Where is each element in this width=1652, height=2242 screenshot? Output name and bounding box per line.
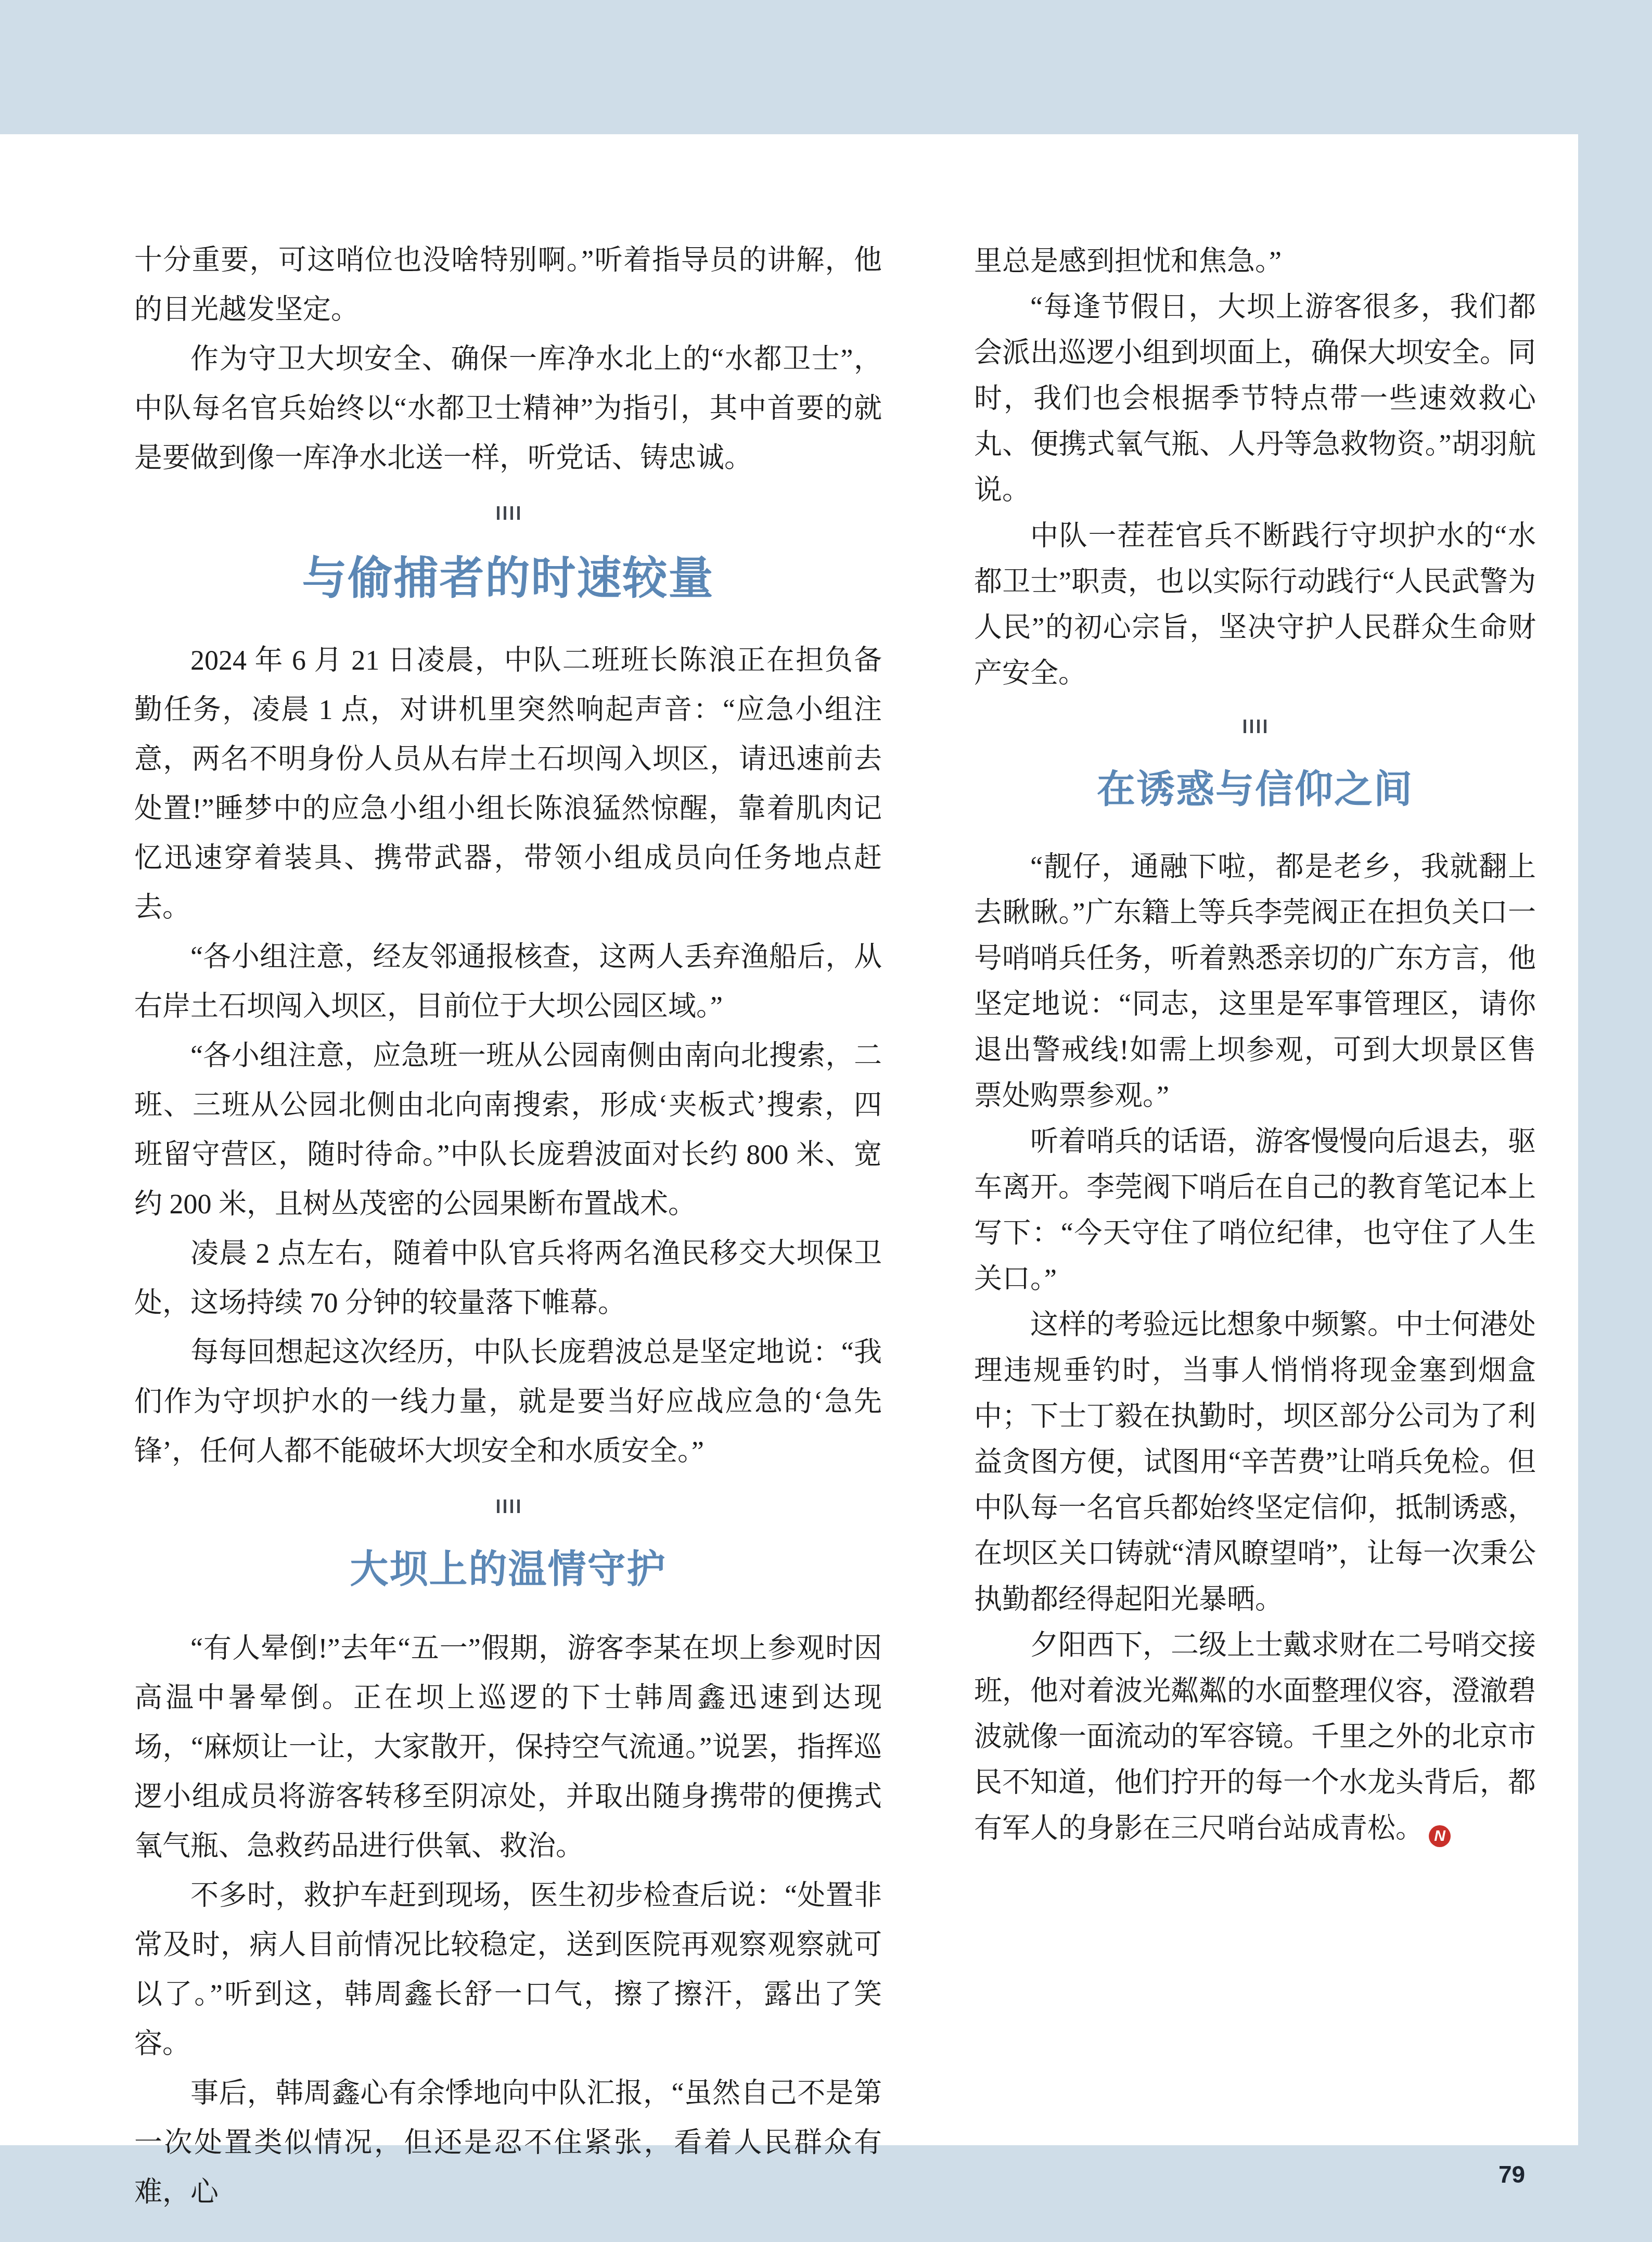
page-number: 79 xyxy=(1499,2160,1525,2188)
text-column-left: 十分重要，可这哨位也没啥特别啊。”听着指导员的讲解，他的目光越发坚定。作为守卫大… xyxy=(134,134,882,2217)
body-paragraph: 里总是感到担忧和焦急。” xyxy=(974,238,1536,284)
body-paragraph: 作为守卫大坝安全、确保一库净水北上的“水都卫士”，中队每名官兵始终以“水都卫士精… xyxy=(134,335,882,483)
section-heading-block: 在诱惑与信仰之间 xyxy=(974,720,1536,815)
body-paragraph: “有人晕倒!”去年“五一”假期，游客李某在坝上参观时因高温中暑晕倒。正在坝上巡逻… xyxy=(134,1624,882,1871)
body-paragraph: 每每回想起这次经历，中队长庞碧波总是坚定地说：“我们作为守坝护水的一线力量，就是… xyxy=(134,1328,882,1476)
body-paragraph: 这样的考验远比想象中频繁。中士何港处理违规垂钓时，当事人悄悄将现金塞到烟盒中；下… xyxy=(974,1302,1536,1622)
body-paragraph: 中队一茬茬官兵不断践行守坝护水的“水都卫士”职责，也以实际行动践行“人民武警为人… xyxy=(974,513,1536,696)
divider-bar xyxy=(517,1500,520,1513)
section-divider-icon xyxy=(134,1500,882,1513)
divider-bar xyxy=(517,506,520,520)
section-heading-block: 大坝上的温情守护 xyxy=(134,1500,882,1595)
body-paragraph: 事后，韩周鑫心有余悸地向中队汇报，“虽然自己不是第一次处置类似情况，但还是忍不住… xyxy=(134,2069,882,2217)
divider-bar xyxy=(1257,720,1260,733)
divider-bar xyxy=(1244,720,1246,733)
body-paragraph: 十分重要，可这哨位也没啥特别啊。”听着指导员的讲解，他的目光越发坚定。 xyxy=(134,236,882,335)
section-heading: 在诱惑与信仰之间 xyxy=(974,763,1536,815)
divider-bar xyxy=(510,506,513,520)
body-paragraph: 夕阳西下，二级上士戴求财在二号哨交接班，他对着波光粼粼的水面整理仪容，澄澈碧波就… xyxy=(974,1622,1536,1851)
body-paragraph: “各小组注意，经友邻通报核查，这两人丢弃渔船后，从右岸土石坝闯入坝区，目前位于大… xyxy=(134,932,882,1031)
magazine-page: 十分重要，可这哨位也没啥特别啊。”听着指导员的讲解，他的目光越发坚定。作为守卫大… xyxy=(0,0,1652,2242)
body-paragraph: 听着哨兵的话语，游客慢慢向后退去，驱车离开。李莞阀下哨后在自己的教育笔记本上写下… xyxy=(974,1119,1536,1302)
section-heading: 大坝上的温情守护 xyxy=(134,1543,882,1595)
body-paragraph: 凌晨 2 点左右，随着中队官兵将两名渔民移交大坝保卫处，这场持续 70 分钟的较… xyxy=(134,1229,882,1328)
divider-bar xyxy=(504,1500,506,1513)
top-margin-band xyxy=(0,0,1652,134)
divider-bar xyxy=(497,1500,500,1513)
text-column-right: 里总是感到担忧和焦急。”“每逢节假日，大坝上游客很多，我们都会派出巡逻小组到坝面… xyxy=(974,134,1536,1851)
body-paragraph: “每逢节假日，大坝上游客很多，我们都会派出巡逻小组到坝面上，确保大坝安全。同时，… xyxy=(974,284,1536,513)
section-heading-block: 与偷捕者的时速较量 xyxy=(134,506,882,607)
divider-bar xyxy=(504,506,506,520)
divider-bar xyxy=(1264,720,1266,733)
divider-bar xyxy=(510,1500,513,1513)
section-divider-icon xyxy=(134,506,882,520)
body-paragraph: 不多时，救护车赶到现场，医生初步检查后说：“处置非常及时，病人目前情况比较稳定，… xyxy=(134,1871,882,2069)
divider-bar xyxy=(1250,720,1253,733)
article-end-mark-icon: N xyxy=(1429,1825,1451,1847)
section-divider-icon xyxy=(974,720,1536,733)
body-paragraph: “靓仔，通融下啦，都是老乡，我就翻上去瞅瞅。”广东籍上等兵李莞阀正在担负关口一号… xyxy=(974,844,1536,1119)
body-paragraph: 2024 年 6 月 21 日凌晨，中队二班班长陈浪正在担负备勤任务，凌晨 1 … xyxy=(134,636,882,932)
right-margin-band xyxy=(1578,0,1652,2242)
section-heading: 与偷捕者的时速较量 xyxy=(134,550,882,607)
body-paragraph: “各小组注意，应急班一班从公园南侧由南向北搜索，二班、三班从公园北侧由北向南搜索… xyxy=(134,1031,882,1229)
divider-bar xyxy=(497,506,500,520)
